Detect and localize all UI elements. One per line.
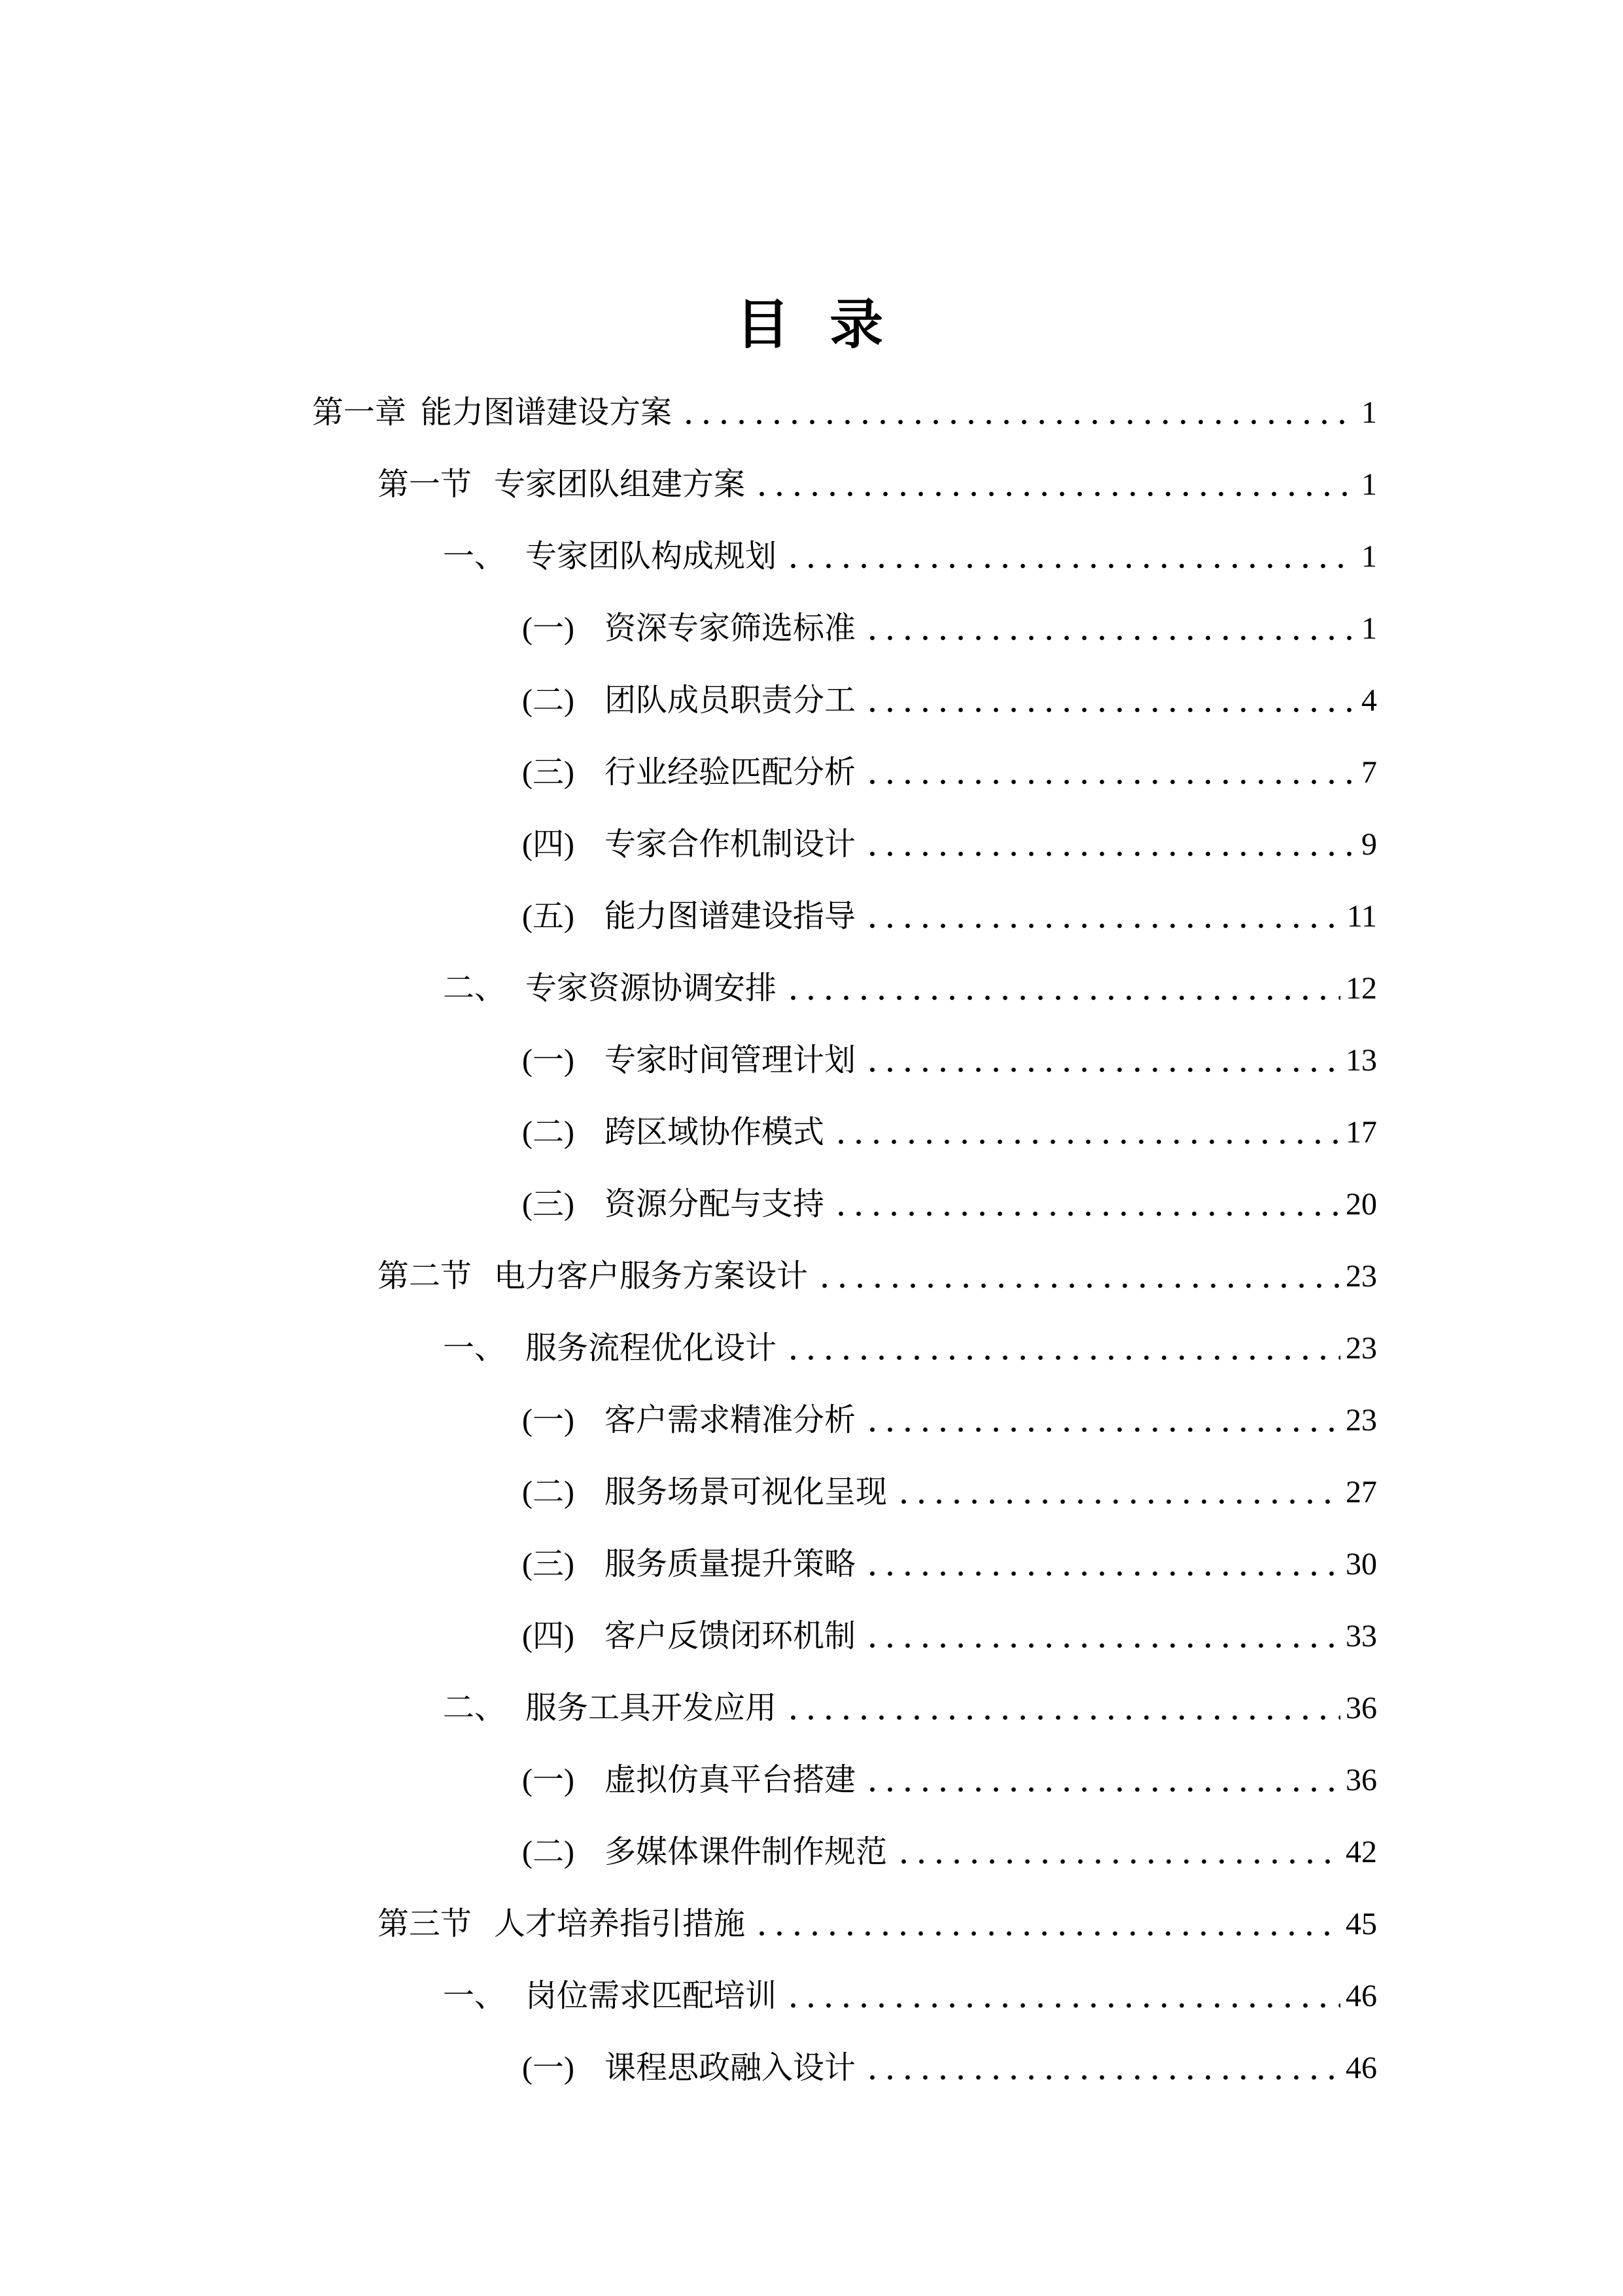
toc-entry-title: 客户需求精准分析 (604, 1402, 856, 1439)
toc-page-number: 1 (1361, 539, 1377, 576)
dot-leader (895, 1858, 1340, 1865)
toc-entry-label: (五) (522, 898, 574, 936)
toc-entry-title: 服务场景可视化呈现 (604, 1474, 887, 1511)
toc-entry-label: 一、 (443, 539, 506, 576)
dot-leader (864, 634, 1356, 642)
toc-entry-label: (二) (522, 1114, 574, 1152)
dot-leader (864, 778, 1356, 786)
toc-entry-title: 资深专家筛选标准 (604, 610, 856, 648)
toc-entry[interactable]: (四) 客户反馈闭环机制 33 (0, 1583, 1623, 1655)
toc-entry[interactable]: 第一节 专家团队组建方案 1 (0, 432, 1623, 504)
toc-entry-title: 服务流程优化设计 (525, 1330, 777, 1368)
dot-leader (864, 850, 1356, 858)
toc-entry-title: 服务工具开发应用 (525, 1690, 777, 1727)
dot-leader (864, 922, 1342, 930)
toc-page-number: 23 (1346, 1402, 1377, 1439)
toc-entry[interactable]: 一、 服务流程优化设计 23 (0, 1296, 1623, 1368)
dot-leader (864, 1066, 1340, 1074)
toc-entry[interactable]: (一) 虚拟仿真平台搭建 36 (0, 1727, 1623, 1799)
toc-entry-label: (一) (522, 1762, 574, 1799)
toc-entry-label: (三) (522, 1546, 574, 1583)
dot-leader (864, 706, 1356, 714)
toc-entry-label: 第三节 (377, 1906, 472, 1943)
toc-entry-title: 服务质量提升策略 (604, 1546, 856, 1583)
toc-entry[interactable]: (二) 跨区域协作模式 17 (0, 1080, 1623, 1152)
dot-leader (895, 1498, 1340, 1506)
toc-entry[interactable]: (一) 客户需求精准分析 23 (0, 1368, 1623, 1439)
toc-list: 第一章 能力图谱建设方案 1 第一节 专家团队组建方案 1 一、 专家团队构成规… (0, 360, 1623, 2087)
toc-entry[interactable]: (三) 行业经验匹配分析 7 (0, 720, 1623, 792)
toc-entry[interactable]: (一) 资深专家筛选标准 1 (0, 576, 1623, 648)
toc-page-number: 7 (1361, 754, 1377, 792)
toc-entry-title: 电力客户服务方案设计 (494, 1258, 808, 1296)
toc-entry-label: (二) (522, 1474, 574, 1511)
toc-entry-label: (二) (522, 682, 574, 720)
toc-entry-title: 多媒体课件制作规范 (604, 1834, 887, 1871)
toc-entry-title: 人才培养指引措施 (494, 1906, 745, 1943)
dot-leader (832, 1138, 1340, 1146)
toc-entry-label: (一) (522, 610, 574, 648)
toc-entry-label: (四) (522, 826, 574, 864)
toc-entry[interactable]: (一) 专家时间管理计划 13 (0, 1008, 1623, 1080)
toc-entry[interactable]: 第二节 电力客户服务方案设计 23 (0, 1224, 1623, 1296)
dot-leader (816, 1282, 1340, 1290)
toc-page-number: 30 (1346, 1546, 1377, 1583)
toc-entry-title: 资源分配与支持 (604, 1186, 824, 1224)
toc-entry[interactable]: 二、 专家资源协调安排 12 (0, 936, 1623, 1008)
toc-entry[interactable]: 第三节 人才培养指引措施 45 (0, 1871, 1623, 1943)
toc-entry[interactable]: (三) 服务质量提升策略 30 (0, 1511, 1623, 1583)
toc-page-number: 36 (1346, 1762, 1377, 1799)
page-title: 目 录 (0, 293, 1623, 357)
toc-page-number: 46 (1346, 1978, 1377, 2015)
toc-entry[interactable]: 第一章 能力图谱建设方案 1 (0, 360, 1623, 432)
toc-entry-title: 跨区域协作模式 (604, 1114, 824, 1152)
toc-entry[interactable]: (四) 专家合作机制设计 9 (0, 792, 1623, 864)
toc-page-number: 27 (1346, 1474, 1377, 1511)
toc-page-number: 42 (1346, 1834, 1377, 1871)
toc-entry-title: 专家合作机制设计 (604, 826, 856, 864)
toc-entry-label: (一) (522, 2050, 574, 2087)
toc-entry-title: 专家团队组建方案 (494, 467, 745, 504)
toc-entry-label: 二、 (443, 1690, 506, 1727)
toc-entry[interactable]: (二) 多媒体课件制作规范 42 (0, 1799, 1623, 1871)
toc-page-number: 13 (1346, 1042, 1377, 1080)
toc-entry-title: 专家资源协调安排 (525, 970, 777, 1008)
toc-entry-title: 能力图谱建设指导 (604, 898, 856, 936)
toc-page-number: 1 (1361, 395, 1377, 432)
toc-entry-title: 专家团队构成规划 (525, 539, 777, 576)
dot-leader (864, 2074, 1340, 2081)
dot-leader (680, 418, 1356, 426)
dot-leader (832, 1210, 1340, 1218)
toc-entry-label: 第一节 (377, 467, 472, 504)
toc-entry[interactable]: (一) 课程思政融入设计 46 (0, 2015, 1623, 2087)
toc-page-number: 17 (1346, 1114, 1377, 1152)
toc-entry-title: 团队成员职责分工 (604, 682, 856, 720)
toc-entry-label: (四) (522, 1618, 574, 1655)
dot-leader (784, 562, 1356, 570)
toc-entry-label: (一) (522, 1402, 574, 1439)
dot-leader (864, 1570, 1340, 1578)
toc-entry-title: 专家时间管理计划 (604, 1042, 856, 1080)
toc-page-number: 9 (1361, 826, 1377, 864)
toc-entry[interactable]: (二) 团队成员职责分工 4 (0, 648, 1623, 720)
dot-leader (784, 1714, 1340, 1722)
toc-entry-title: 客户反馈闭环机制 (604, 1618, 856, 1655)
dot-leader (864, 1426, 1340, 1434)
toc-entry-label: (三) (522, 1186, 574, 1224)
document-page: 目 录 第一章 能力图谱建设方案 1 第一节 专家团队组建方案 1 一、 专家团… (0, 0, 1623, 2296)
toc-page-number: 45 (1346, 1906, 1377, 1943)
toc-page-number: 1 (1361, 467, 1377, 504)
toc-entry-title: 课程思政融入设计 (604, 2050, 856, 2087)
toc-entry[interactable]: 一、 专家团队构成规划 1 (0, 504, 1623, 576)
dot-leader (784, 1354, 1340, 1362)
toc-page-number: 36 (1346, 1690, 1377, 1727)
toc-entry[interactable]: 一、 岗位需求匹配培训 46 (0, 1943, 1623, 2015)
toc-page-number: 23 (1346, 1258, 1377, 1296)
toc-page-number: 23 (1346, 1330, 1377, 1368)
toc-entry[interactable]: (二) 服务场景可视化呈现 27 (0, 1439, 1623, 1511)
dot-leader (753, 1930, 1340, 1937)
toc-entry-label: 一、 (443, 1978, 506, 2015)
toc-entry[interactable]: (三) 资源分配与支持 20 (0, 1152, 1623, 1224)
toc-page-number: 33 (1346, 1618, 1377, 1655)
toc-entry-label: (二) (522, 1834, 574, 1871)
toc-entry[interactable]: 二、 服务工具开发应用 36 (0, 1655, 1623, 1727)
toc-page-number: 46 (1346, 2050, 1377, 2087)
toc-entry-label: 二、 (443, 970, 506, 1008)
toc-entry-label: 第一章 (312, 395, 406, 432)
toc-entry-title: 岗位需求匹配培训 (525, 1978, 777, 2015)
toc-entry-label: 第二节 (377, 1258, 472, 1296)
toc-entry-label: (一) (522, 1042, 574, 1080)
toc-entry[interactable]: (五) 能力图谱建设指导 11 (0, 864, 1623, 936)
dot-leader (753, 490, 1356, 498)
toc-entry-title: 行业经验匹配分析 (604, 754, 856, 792)
toc-page-number: 4 (1361, 682, 1377, 720)
toc-entry-title: 虚拟仿真平台搭建 (604, 1762, 856, 1799)
toc-page-number: 12 (1346, 970, 1377, 1008)
toc-page-number: 20 (1346, 1186, 1377, 1224)
toc-entry-label: 一、 (443, 1330, 506, 1368)
dot-leader (864, 1786, 1340, 1793)
toc-page-number: 11 (1347, 898, 1377, 936)
toc-entry-label: (三) (522, 754, 574, 792)
toc-entry-title: 能力图谱建设方案 (421, 395, 672, 432)
toc-page-number: 1 (1361, 610, 1377, 648)
dot-leader (864, 1642, 1340, 1650)
dot-leader (784, 2002, 1340, 2009)
dot-leader (784, 994, 1340, 1002)
